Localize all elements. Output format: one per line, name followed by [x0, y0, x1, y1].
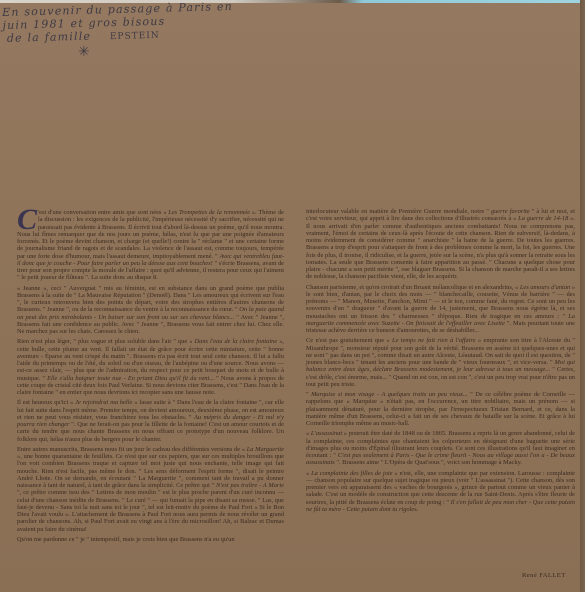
paragraph: Rien n'est plus léger, " plus vague et p… [17, 338, 284, 396]
sheet-right-edge [580, 0, 585, 592]
article-right-column: interlocuteur valable en matière de Prem… [306, 208, 575, 516]
paragraph: « Jeanne », ceci " Auvergnat " mis au fé… [17, 285, 284, 336]
paragraph: interlocuteur valable en matière de Prem… [306, 208, 575, 281]
paragraph: C'est d'une conversation entre amis que … [17, 209, 284, 282]
author-signature: René FALLET [522, 572, 566, 579]
paragraph: « L'assassinat » pourrait être daté de 1… [306, 430, 575, 466]
paragraph: « La complainte des filles de joie » n'e… [306, 470, 575, 514]
dedication-line-3: de la famille [7, 30, 92, 45]
paragraph: Qu'on me pardonne ce " je " intempestif,… [17, 536, 284, 543]
paragraph: Il est heureux qu'ici « Je rejoindrai ma… [17, 399, 284, 443]
paragraph: Entre autres manuscrits, Brassens nous f… [17, 446, 284, 533]
article-left-column: C'est d'une conversation entre amis que … [17, 209, 284, 546]
handwritten-dedication: En souvenir du passage à Paris en juin 1… [0, 0, 261, 47]
paragraph: " Marquise si mon visage - A quelques tr… [306, 391, 575, 427]
star-doodle-icon: ✳ [78, 44, 90, 60]
paragraph: Ce n'est pas gratuitement que « Le temps… [306, 337, 575, 388]
drop-cap: C [17, 209, 37, 231]
dedication-signature: EPSTEIN [110, 31, 160, 42]
paragraph: Chanson parisienne, et qu'on croirait d'… [306, 284, 575, 335]
